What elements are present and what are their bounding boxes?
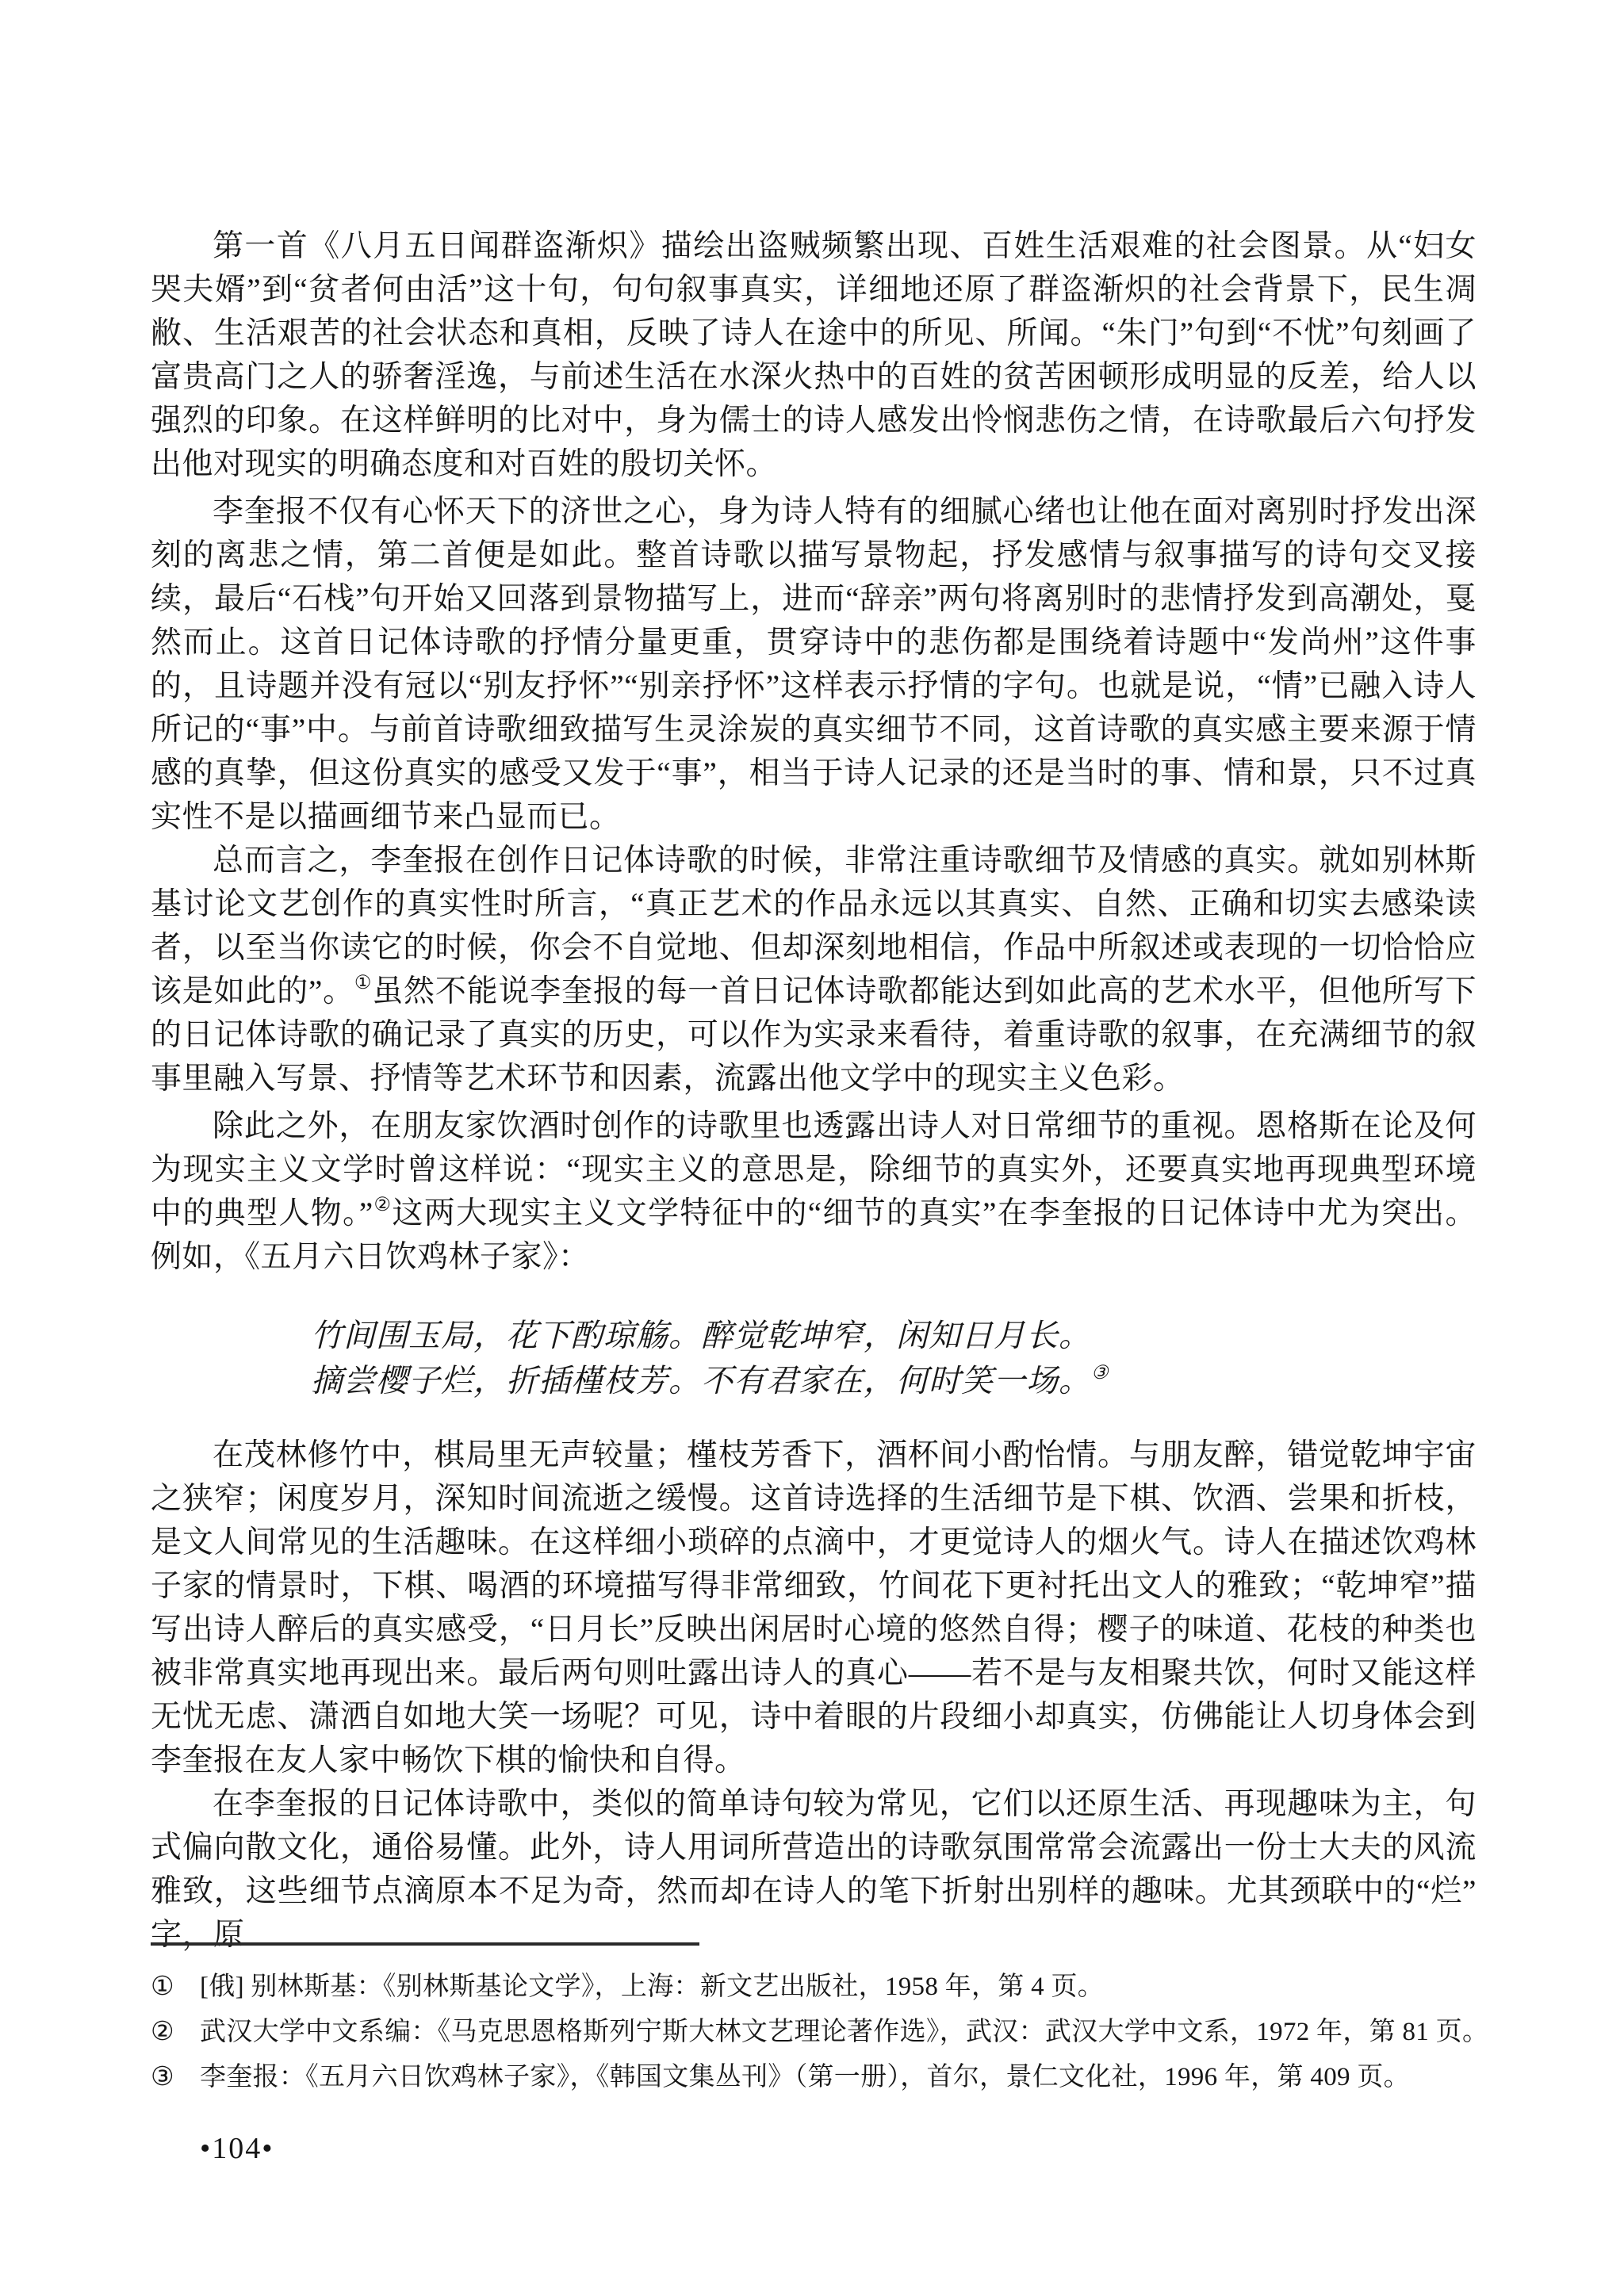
footnote-2: ② 武汉大学中文系编：《马克思恩格斯列宁斯大林文艺理论著作选》，武汉：武汉大学中… bbox=[151, 2010, 1477, 2055]
paragraph-4: 除此之外，在朋友家饮酒时创作的诗歌里也透露出诗人对日常细节的重视。恩格斯在论及何… bbox=[151, 1104, 1477, 1279]
footnote-3: ③ 李奎报：《五月六日饮鸡林子家》，《韩国文集丛刊》（第一册），首尔，景仁文化社… bbox=[151, 2055, 1477, 2100]
footnote-section: ① [俄] 别林斯基：《别林斯基论文学》，上海：新文艺出版社，1958 年，第 … bbox=[151, 1942, 1477, 2100]
poem-line-2: 摘尝樱子烂，折插槿枝芳。不有君家在，何时笑一场。③ bbox=[311, 1358, 1477, 1403]
footnote-3-text: 李奎报：《五月六日饮鸡林子家》，《韩国文集丛刊》（第一册），首尔，景仁文化社，1… bbox=[200, 2055, 1477, 2100]
paragraph-3: 总而言之，李奎报在创作日记体诗歌的时候，非常注重诗歌细节及情感的真实。就如别林斯… bbox=[151, 839, 1477, 1100]
paragraph-6: 在李奎报的日记体诗歌中，类似的简单诗句较为常见，它们以还原生活、再现趣味为主，句… bbox=[151, 1782, 1477, 1957]
footnote-divider bbox=[151, 1942, 699, 1946]
document-page: 第一首《八月五日闻群盗渐炽》描绘出盗贼频繁出现、百姓生活艰难的社会图景。从“妇女… bbox=[0, 0, 1624, 2296]
footnote-1-marker: ① bbox=[151, 1965, 200, 2010]
footnote-1: ① [俄] 别林斯基：《别林斯基论文学》，上海：新文艺出版社，1958 年，第 … bbox=[151, 1965, 1477, 2010]
footnote-ref-1: ① bbox=[354, 973, 372, 993]
footnote-2-text: 武汉大学中文系编：《马克思恩格斯列宁斯大林文艺理论著作选》，武汉：武汉大学中文系… bbox=[200, 2010, 1488, 2055]
page-number: •104• bbox=[200, 2131, 274, 2166]
footnote-1-text: [俄] 别林斯基：《别林斯基论文学》，上海：新文艺出版社，1958 年，第 4 … bbox=[200, 1965, 1477, 2010]
paragraph-5: 在茂林修竹中，棋局里无声较量；槿枝芳香下，酒杯间小酌怡情。与朋友醉，错觉乾坤宇宙… bbox=[151, 1433, 1477, 1782]
poem-line-2-text: 摘尝樱子烂，折插槿枝芳。不有君家在，何时笑一场。 bbox=[311, 1363, 1091, 1399]
footnote-3-marker: ③ bbox=[151, 2055, 200, 2100]
paragraph-2: 李奎报不仅有心怀天下的济世之心，身为诗人特有的细腻心绪也让他在面对离别时抒发出深… bbox=[151, 490, 1477, 839]
paragraph-1: 第一首《八月五日闻群盗渐炽》描绘出盗贼频繁出现、百姓生活艰难的社会图景。从“妇女… bbox=[151, 224, 1477, 486]
footnote-ref-3: ③ bbox=[1091, 1363, 1109, 1383]
footnote-2-marker: ② bbox=[151, 2010, 200, 2055]
poem-quote: 竹间围玉局，花下酌琼觞。醉觉乾坤窄，闲知日月长。 摘尝樱子烂，折插槿枝芳。不有君… bbox=[311, 1313, 1477, 1403]
poem-line-1: 竹间围玉局，花下酌琼觞。醉觉乾坤窄，闲知日月长。 bbox=[311, 1313, 1477, 1358]
footnote-ref-2: ② bbox=[373, 1195, 393, 1215]
